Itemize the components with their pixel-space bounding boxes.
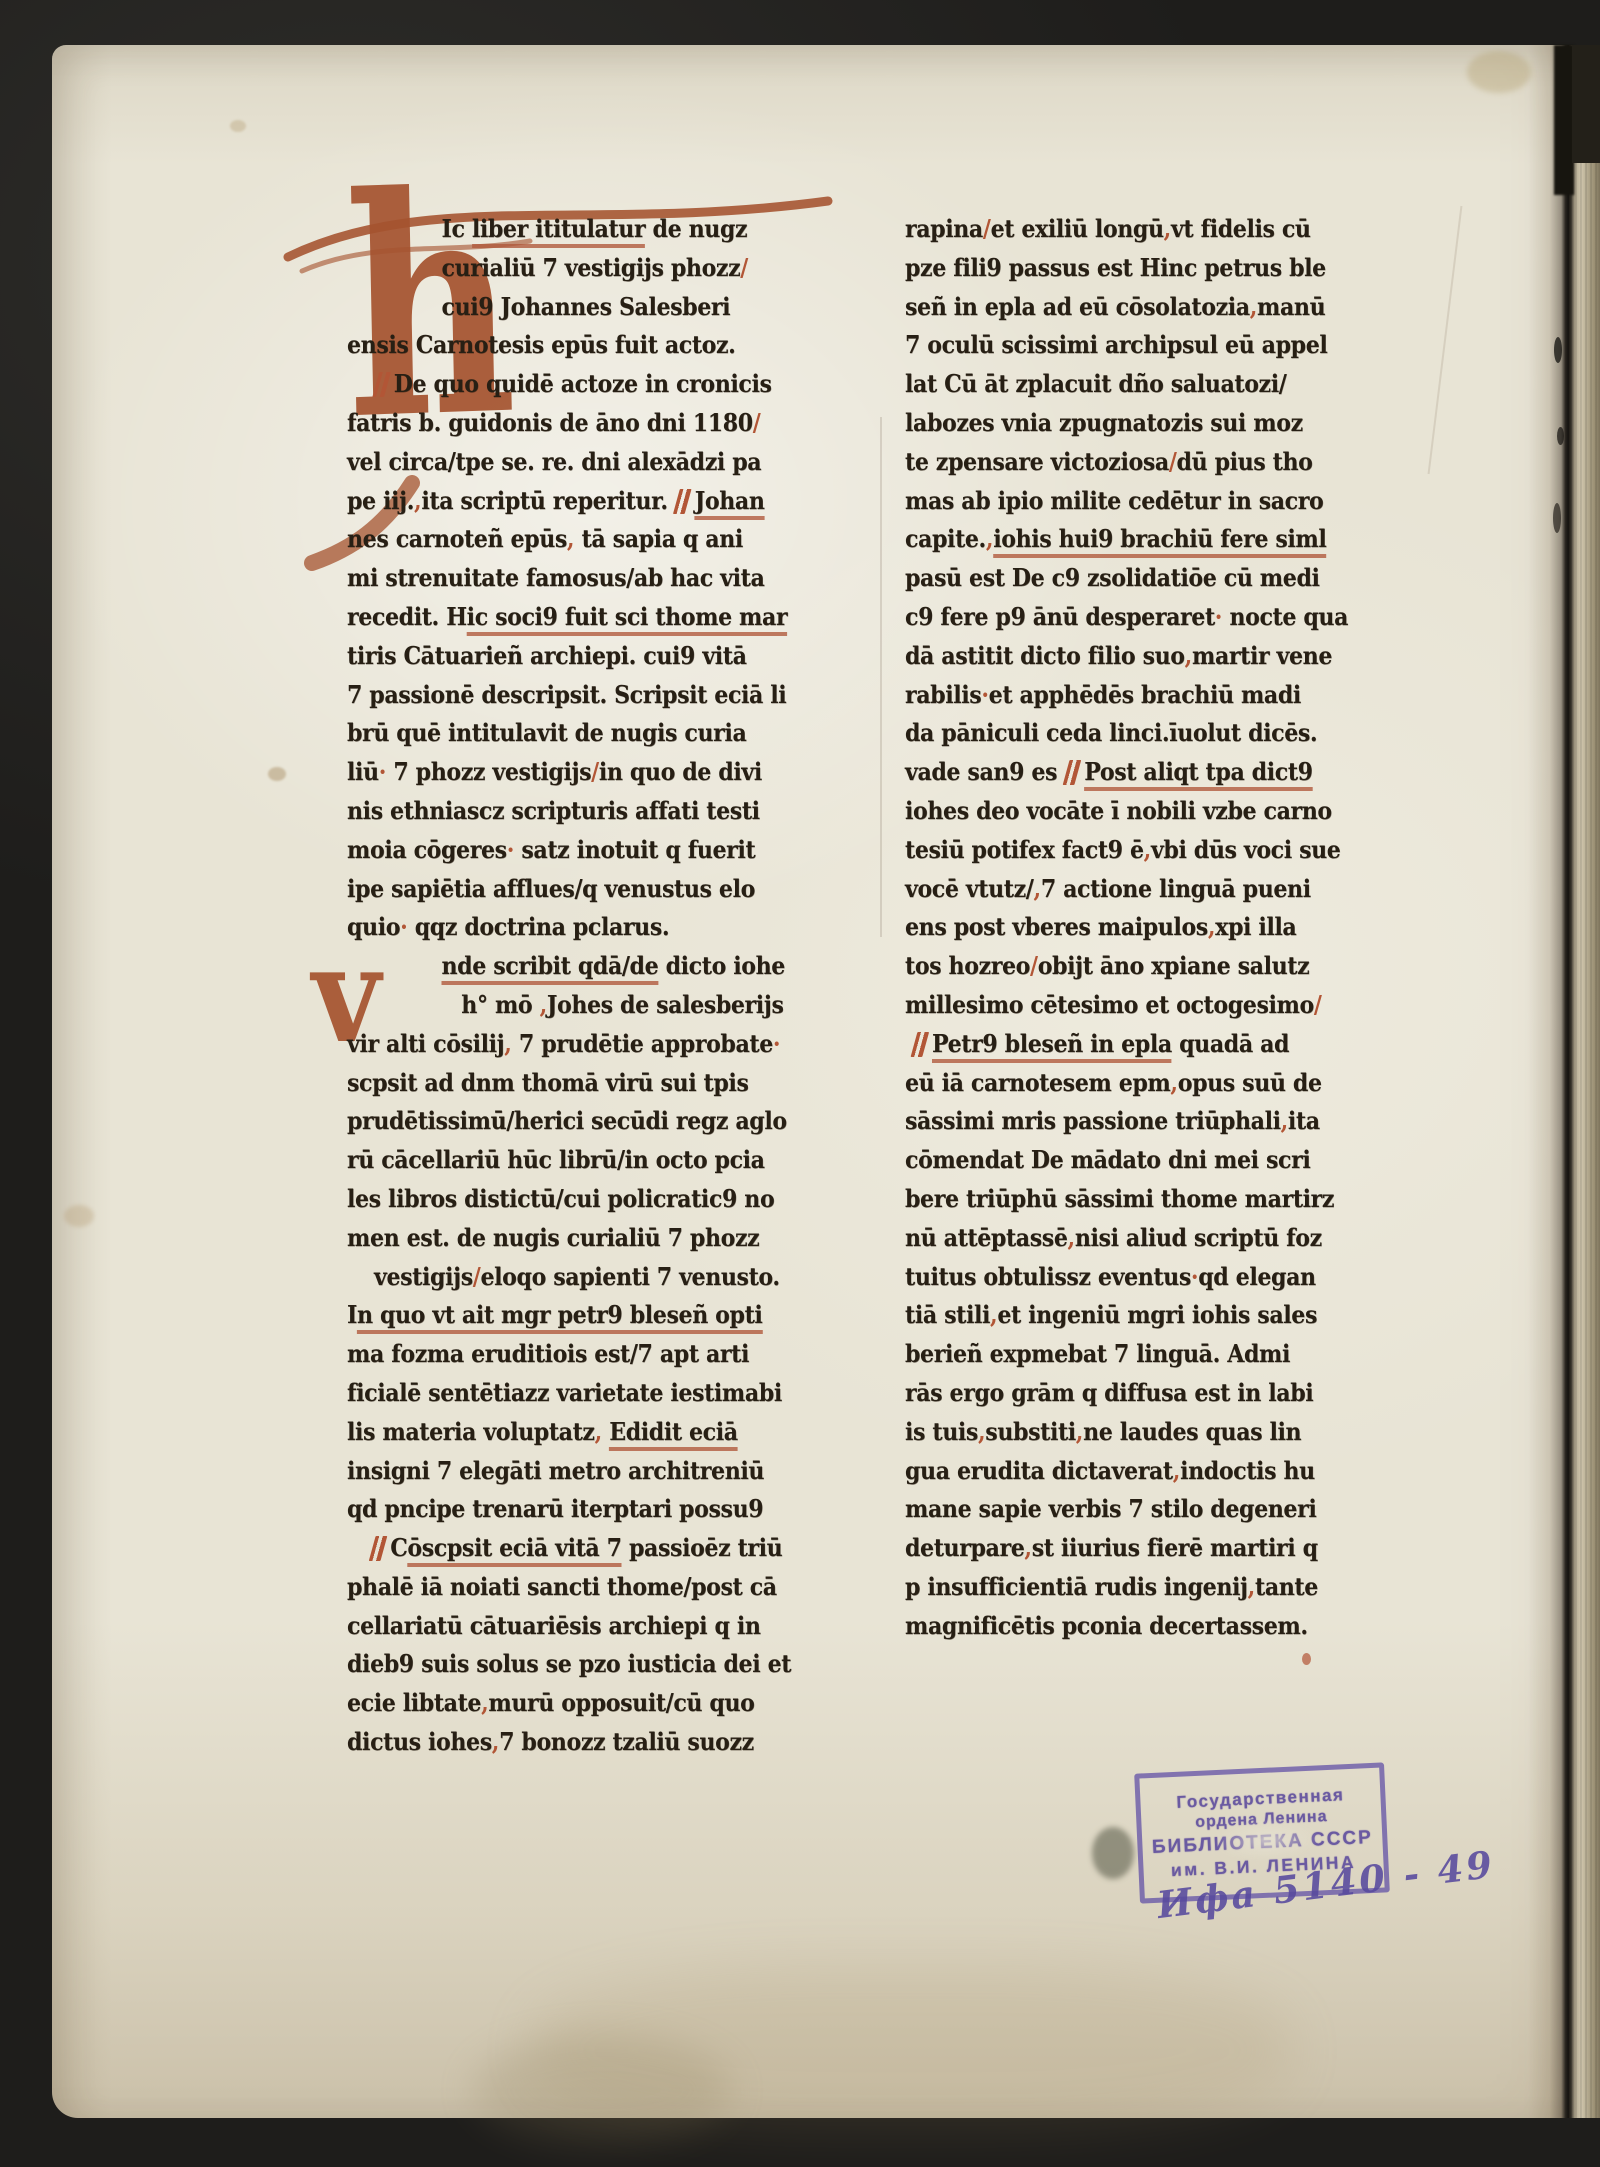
stamp-line: БИБЛИОТЕКА СССР (1152, 1826, 1374, 1860)
rubric-underlined-text: ic soci9 fuit sci thome mar (467, 602, 788, 636)
gutter-top-shadow-2 (1572, 45, 1600, 163)
text-line: brū quē intitulavit de nugis curia (347, 714, 797, 753)
text-line: rapina/et exiliū longū,vt fidelis cū (905, 210, 1369, 249)
rubric-mark: , (504, 1029, 511, 1058)
text-segment: labozes vnia zpugnatozis sui moz (905, 408, 1303, 437)
text-line: pe iij.,ita scriptū reperitur. Johan (347, 482, 797, 521)
text-line: scpsit ad dnm thomā virū sui tpis (347, 1064, 797, 1103)
text-segment: passioēz triū (622, 1533, 783, 1562)
text-segment: cōmendat De mādato dni mei scri (905, 1145, 1310, 1174)
text-segment: ma fozma eruditiois est/7 apt arti (347, 1339, 749, 1368)
rubric-mark: , (1076, 1417, 1083, 1446)
crease-line (1428, 206, 1463, 474)
text-line: nde scribit qdā/de dicto iohe (347, 947, 797, 986)
text-line: cui9 Johannes Salesberi (347, 288, 797, 327)
text-segment: tesiū potifex fact9 ē (905, 835, 1144, 864)
text-segment: te zpensare victoziosa (905, 447, 1169, 476)
text-segment: De quo quidē actoze in cronicis (394, 369, 772, 398)
text-line: tiris Cātuarieñ archiepi. cui9 vitā (347, 637, 797, 676)
rubric-mark: / (591, 757, 599, 786)
text-line: h° mō ,Johes de salesberijs (347, 986, 797, 1025)
text-segment: 7 oculū scissimi archipsul eū appel (905, 330, 1327, 359)
rubric-underlined-text: n quo vt ait mgr petr9 bleseñ opti (357, 1300, 762, 1334)
text-segment: vocē vtutz/ (905, 874, 1033, 903)
edge-ink-speck (1557, 427, 1564, 445)
text-segment: qqz doctrina pclarus. (407, 912, 669, 941)
red-speck (1302, 1653, 1311, 1665)
rubric-mark: , (1248, 1572, 1255, 1601)
text-segment: ens post vberes maipulos (905, 912, 1208, 941)
scanned-book-photograph: { "palette": { "background": "#232220", … (0, 0, 1600, 2167)
rubric-mark: , (1068, 1223, 1075, 1252)
text-segment: les libros distictū/cui policratic9 no (347, 1184, 774, 1213)
text-segment: de nugz (645, 214, 747, 243)
text-segment: fatris b. guidonis de āno dni 1180 (347, 408, 753, 437)
book-gutter-shadow (1528, 45, 1600, 2118)
text-line: men est. de nugis curialiū 7 phozz (347, 1219, 797, 1258)
text-segment: I (347, 1300, 357, 1329)
stamp-line: Государственная (1176, 1784, 1345, 1813)
text-segment: 7 actione linguā pueni (1041, 874, 1311, 903)
rubric-mark: · (773, 1029, 780, 1058)
text-line: cōmendat De mādato dni mei scri (905, 1141, 1369, 1180)
rubric-mark: , (414, 486, 421, 515)
text-line: da pāniculi ceda linci.īuolut dicēs. (905, 714, 1369, 753)
rubric-mark: , (1033, 874, 1040, 903)
rubric-underlined-text: liber ititulatur (472, 214, 645, 248)
text-segment: satz inotuit q fuerit (514, 835, 755, 864)
text-line: liū· 7 phozz vestigijs/in quo de divi (347, 753, 797, 792)
text-segment: 7 phozz vestigijs (386, 757, 591, 786)
text-line: lis materia voluptatz, Edidit eciā (347, 1413, 797, 1452)
text-line: ensis Carnotesis epūs fuit actoz. (347, 326, 797, 365)
text-line: gua erudita dictaverat,indoctis hu (905, 1452, 1369, 1491)
text-segment: 7 bonozz tzaliū suozz (499, 1727, 754, 1756)
text-line: vestigijs/eloqo sapienti 7 venusto. (347, 1258, 797, 1297)
text-segment: qd pncipe trenarū iterptari possu9 (347, 1494, 763, 1523)
text-line: tesiū potifex fact9 ē,vbi dūs voci sue (905, 831, 1369, 870)
text-line: prudētissimū/herici secūdi regz aglo (347, 1102, 797, 1141)
text-segment: c9 fere p9 ānū desperaret (905, 602, 1215, 631)
text-line: ficialē sentētiazz varietate iestimabi (347, 1374, 797, 1413)
rubric-mark: · (507, 835, 514, 864)
text-column-left: Ic liber ititulatur de nugzcurialiū 7 ve… (347, 210, 847, 1762)
pilcrow-mark (911, 1032, 930, 1057)
text-line: lat Cū āt zplacuit dño saluatozi/ (905, 365, 1369, 404)
text-segment: vbi dūs voci sue (1151, 835, 1341, 864)
text-segment: gua erudita dictaverat (905, 1456, 1173, 1485)
text-line: te zpensare victoziosa/dū pius tho (905, 443, 1369, 482)
text-line: les libros distictū/cui policratic9 no (347, 1180, 797, 1219)
text-line: vocē vtutz/,7 actione linguā pueni (905, 870, 1369, 909)
text-line: rū cācellariū hūc librū/in octo pcia (347, 1141, 797, 1180)
text-segment: ita (1288, 1106, 1320, 1135)
edge-ink-speck (1553, 503, 1561, 533)
text-segment: ne laudes quas lin (1083, 1417, 1301, 1446)
text-segment: tante (1255, 1572, 1318, 1601)
text-segment: dicto iohe (658, 951, 785, 980)
text-segment: nū attēptassē (905, 1223, 1068, 1252)
text-line: ipe sapiētia afflues/q venustus elo (347, 870, 797, 909)
stain (1467, 51, 1531, 93)
text-segment: h° mō (461, 990, 539, 1019)
text-segment: rū cācellariū hūc librū/in octo pcia (347, 1145, 765, 1174)
text-line: dā astitit dicto filio suo,martir vene (905, 637, 1369, 676)
text-segment: manū (1257, 292, 1325, 321)
rubric-mark: / (740, 253, 748, 282)
rubric-mark: , (1185, 641, 1192, 670)
text-segment: tos hozreo (905, 951, 1030, 980)
text-line: curialiū 7 vestigijs phozz/ (347, 249, 797, 288)
text-line: mane sapie verbis 7 stilo degeneri (905, 1490, 1369, 1529)
bottom-smudge (472, 2035, 732, 2145)
text-line: Cōscpsit eciā vitā 7 passioēz triū (347, 1529, 797, 1568)
text-segment: insigni 7 elegāti metro architreniū (347, 1456, 764, 1485)
text-line: vade san9 es Post aliqt tpa dict9 (905, 753, 1369, 792)
text-segment: Johes de salesberijs (547, 990, 784, 1019)
text-segment: et ingeniū mgri iohis sales (997, 1300, 1317, 1329)
manuscript-page: H V Ic liber ititulatur de nugzcurialiū … (52, 45, 1600, 2118)
rubric-mark: , (1024, 1533, 1031, 1562)
text-segment: phalē iā noiati sancti thome/post cā (347, 1572, 777, 1601)
text-segment: murū opposuit/cū quo (488, 1688, 754, 1717)
text-segment: berieñ expmebat 7 linguā. Admi (905, 1339, 1290, 1368)
text-segment: eloqo sapienti 7 venusto. (480, 1262, 779, 1291)
text-segment: mi strenuitate famosus/ab hac vita (347, 563, 764, 592)
text-line: rās ergo grām q diffusa est in labi (905, 1374, 1369, 1413)
text-line: is tuis,substiti,ne laudes quas lin (905, 1413, 1369, 1452)
rubric-mark: / (753, 408, 761, 437)
rubric-underlined-text: Post aliqt tpa dict9 (1084, 757, 1312, 791)
text-segment: nis ethniascz scripturis affati testi (347, 796, 760, 825)
stamp-smudge (1092, 1827, 1134, 1879)
text-line: ens post vberes maipulos,xpi illa (905, 908, 1369, 947)
text-line: p insufficientiā rudis ingenij,tante (905, 1568, 1369, 1607)
text-segment: rās ergo grām q diffusa est in labi (905, 1378, 1313, 1407)
text-segment: brū quē intitulavit de nugis curia (347, 718, 746, 747)
text-line: eū iā carnotesem epm,opus suū de (905, 1064, 1369, 1103)
text-segment: tā sapia q ani (574, 524, 743, 553)
text-segment: men est. de nugis curialiū 7 phozz (347, 1223, 759, 1252)
rubric-underlined-text: Petr9 bleseñ in epla (932, 1029, 1172, 1063)
text-line: nū attēptassē,nisi aliud scriptū foz (905, 1219, 1369, 1258)
rubric-mark: / (1314, 990, 1322, 1019)
text-segment: opus suū de (1178, 1068, 1322, 1097)
text-line: quio· qqz doctrina pclarus. (347, 908, 797, 947)
text-segment: p insufficientiā rudis ingenij (905, 1572, 1248, 1601)
text-segment: deturpare (905, 1533, 1024, 1562)
text-segment: prudētissimū/herici secūdi regz aglo (347, 1106, 787, 1135)
text-segment: vel circa/tpe se. re. dni alexādzi pa (347, 447, 761, 476)
text-segment: vade san9 es (905, 757, 1064, 786)
text-segment: et exiliū longū (991, 214, 1164, 243)
text-segment: cui9 Johannes Salesberi (442, 292, 731, 321)
text-segment: ita scriptū reperitur. (421, 486, 675, 515)
text-line: De quo quidē actoze in cronicis (347, 365, 797, 404)
rubric-mark: , (492, 1727, 499, 1756)
text-line: tuitus obtulissz eventus·qd elegan (905, 1258, 1369, 1297)
text-segment: bere triūphū sāssimi thome martirz (905, 1184, 1334, 1213)
text-line: vir alti cōsilij, 7 prudētie approbate· (347, 1025, 797, 1064)
rubric-mark: , (567, 524, 574, 553)
text-line: iohes deo vocāte ī nobili vzbe carno (905, 792, 1369, 831)
text-line: mas ab ipio milite cedētur in sacro (905, 482, 1369, 521)
text-line: señ in epla ad eū cōsolatozia,manū (905, 288, 1369, 327)
rubric-underlined-text: ōscpsit eciā vitā 7 (407, 1533, 621, 1567)
text-segment: scpsit ad dnm thomā virū sui tpis (347, 1068, 748, 1097)
rubric-mark: , (1208, 912, 1215, 941)
text-segment: tiris Cātuarieñ archiepi. cui9 vitā (347, 641, 747, 670)
text-segment: et apphēdēs brachiū madi (989, 680, 1301, 709)
rubric-underlined-text: Johan (695, 486, 765, 520)
rubric-underlined-text: iohis hui9 brachiū fere siml (993, 524, 1326, 558)
text-line: Petr9 bleseñ in epla quadā ad (905, 1025, 1369, 1064)
text-line: insigni 7 elegāti metro architreniū (347, 1452, 797, 1491)
text-segment: nes carnoteñ epūs (347, 524, 567, 553)
pilcrow-mark (372, 372, 391, 397)
text-segment: substiti (985, 1417, 1076, 1446)
rubric-mark: / (1169, 447, 1177, 476)
text-line: 7 oculū scissimi archipsul eū appel (905, 326, 1369, 365)
gutter-top-shadow (1554, 45, 1574, 195)
text-segment: pe iij. (347, 486, 414, 515)
text-line: millesimo cētesimo et octogesimo/ (905, 986, 1369, 1025)
text-segment: señ in epla ad eū cōsolatozia (905, 292, 1250, 321)
text-segment: vt fidelis cū (1171, 214, 1311, 243)
text-segment: ipe sapiētia afflues/q venustus elo (347, 874, 755, 903)
rubric-mark: · (981, 680, 988, 709)
text-line: dictus iohes,7 bonozz tzaliū suozz (347, 1723, 797, 1762)
rubric-mark: , (986, 524, 993, 553)
text-line: recedit. Hic soci9 fuit sci thome mar (347, 598, 797, 637)
text-segment: dā astitit dicto filio suo (905, 641, 1185, 670)
text-line: rabilis·et apphēdēs brachiū madi (905, 676, 1369, 715)
text-segment: rabilis (905, 680, 981, 709)
text-segment: dū pius tho (1177, 447, 1313, 476)
text-segment: curialiū 7 vestigijs phozz (442, 253, 741, 282)
text-segment: ecie libtate (347, 1688, 481, 1717)
crease-line (880, 417, 882, 937)
text-segment: quadā ad (1172, 1029, 1289, 1058)
text-segment: rapina (905, 214, 983, 243)
rubric-mark: / (983, 214, 991, 243)
text-segment: pze fili9 passus est Hinc petrus ble (905, 253, 1326, 282)
text-segment: 7 passionē descripsit. Scripsit eciā li (347, 680, 786, 709)
text-segment: cellariatū cātuariēsis archiepi q in (347, 1611, 761, 1640)
text-line: nis ethniascz scripturis affati testi (347, 792, 797, 831)
text-line: phalē iā noiati sancti thome/post cā (347, 1568, 797, 1607)
text-segment: magnificētis pconia decertassem. (905, 1611, 1308, 1640)
rubric-mark: · (1191, 1262, 1198, 1291)
text-segment: mas ab ipio milite cedētur in sacro (905, 486, 1323, 515)
text-line: pze fili9 passus est Hinc petrus ble (905, 249, 1369, 288)
text-segment: sāssimi mris passione triūphali (905, 1106, 1281, 1135)
text-line: moia cōgeres· satz inotuit q fuerit (347, 831, 797, 870)
pilcrow-mark (369, 1536, 388, 1561)
text-line: nes carnoteñ epūs, tā sapia q ani (347, 520, 797, 559)
text-segment: dieb9 suis solus se pzo iusticia dei et (347, 1649, 791, 1678)
edge-ink-speck (1554, 337, 1562, 363)
text-column-right: rapina/et exiliū longū,vt fidelis cūpze … (905, 210, 1420, 1645)
text-line: tos hozreo/obijt āno xpiane salutz (905, 947, 1369, 986)
text-line: berieñ expmebat 7 linguā. Admi (905, 1335, 1369, 1374)
text-segment: obijt āno xpiane salutz (1038, 951, 1310, 980)
text-line: pasū est De c9 zsolidatiōe cū medi (905, 559, 1369, 598)
text-line: sāssimi mris passione triūphali,ita (905, 1102, 1369, 1141)
text-line: mi strenuitate famosus/ab hac vita (347, 559, 797, 598)
text-line: dieb9 suis solus se pzo iusticia dei et (347, 1645, 797, 1684)
text-segment: da pāniculi ceda linci.īuolut dicēs. (905, 718, 1317, 747)
text-segment: vestigijs (374, 1262, 473, 1291)
rubric-underlined-text: nde scribit qdā/de (442, 951, 659, 985)
text-segment: moia cōgeres (347, 835, 507, 864)
text-segment: dictus iohes (347, 1727, 492, 1756)
text-line: bere triūphū sāssimi thome martirz (905, 1180, 1369, 1219)
text-line: labozes vnia zpugnatozis sui moz (905, 404, 1369, 443)
text-segment: capite. (905, 524, 986, 553)
text-segment: lat Cū āt zplacuit dño saluatozi/ (905, 369, 1286, 398)
text-segment: indoctis hu (1180, 1456, 1315, 1485)
text-line: vel circa/tpe se. re. dni alexādzi pa (347, 443, 797, 482)
pilcrow-mark (1063, 760, 1082, 785)
stamp-line: ордена Ленина (1195, 1807, 1328, 1833)
text-segment: nisi aliud scriptū foz (1075, 1223, 1322, 1252)
stain (268, 767, 286, 781)
text-segment: eū iā carnotesem epm (905, 1068, 1170, 1097)
text-segment: Ic (442, 214, 472, 243)
text-line: deturpare,st iiurius fierē martiri q (905, 1529, 1369, 1568)
text-line: In quo vt ait mgr petr9 bleseñ opti (347, 1296, 797, 1335)
text-segment: iohes deo vocāte ī nobili vzbe carno (905, 796, 1332, 825)
text-segment: tiā stili (905, 1300, 990, 1329)
text-segment: quio (347, 912, 400, 941)
text-line: cellariatū cātuariēsis archiepi q in (347, 1607, 797, 1646)
text-segment: ficialē sentētiazz varietate iestimabi (347, 1378, 782, 1407)
text-segment: ensis Carnotesis epūs fuit actoz. (347, 330, 735, 359)
text-segment: qd elegan (1198, 1262, 1315, 1291)
text-segment: is tuis (905, 1417, 978, 1446)
text-line: ecie libtate,murū opposuit/cū quo (347, 1684, 797, 1723)
text-segment: in quo de divi (599, 757, 762, 786)
rubric-mark: , (1173, 1456, 1180, 1485)
text-segment: tuitus obtulissz eventus (905, 1262, 1191, 1291)
text-line: magnificētis pconia decertassem. (905, 1607, 1369, 1646)
text-line: capite.,iohis hui9 brachiū fere siml (905, 520, 1369, 559)
text-line: ma fozma eruditiois est/7 apt arti (347, 1335, 797, 1374)
text-segment: recedit. H (347, 602, 467, 631)
stain (64, 1205, 94, 1227)
text-segment: st iiurius fierē martiri q (1032, 1533, 1318, 1562)
text-segment: lis materia voluptatz (347, 1417, 595, 1446)
text-line: fatris b. guidonis de āno dni 1180/ (347, 404, 797, 443)
text-segment: liū (347, 757, 379, 786)
text-segment: millesimo cētesimo et octogesimo (905, 990, 1314, 1019)
text-segment: 7 prudētie approbate (512, 1029, 773, 1058)
text-segment: nocte qua (1222, 602, 1348, 631)
text-segment: C (390, 1533, 407, 1562)
text-line: qd pncipe trenarū iterptari possu9 (347, 1490, 797, 1529)
text-segment: mane sapie verbis 7 stilo degeneri (905, 1494, 1316, 1523)
text-line: 7 passionē descripsit. Scripsit eciā li (347, 676, 797, 715)
rubric-mark: , (1164, 214, 1171, 243)
text-segment: xpi illa (1215, 912, 1296, 941)
stain (230, 120, 246, 132)
pilcrow-mark (673, 489, 692, 514)
rubric-underlined-text: Edidit eciā (609, 1417, 737, 1451)
text-line: c9 fere p9 ānū desperaret· nocte qua (905, 598, 1369, 637)
text-line: tiā stili,et ingeniū mgri iohis sales (905, 1296, 1369, 1335)
rubric-mark: , (1170, 1068, 1177, 1097)
text-segment: vir alti cōsilij (347, 1029, 504, 1058)
text-segment: martir vene (1192, 641, 1332, 670)
text-segment: pasū est De c9 zsolidatiōe cū medi (905, 563, 1320, 592)
text-line: Ic liber ititulatur de nugz (347, 210, 797, 249)
rubric-mark: , (990, 1300, 997, 1329)
